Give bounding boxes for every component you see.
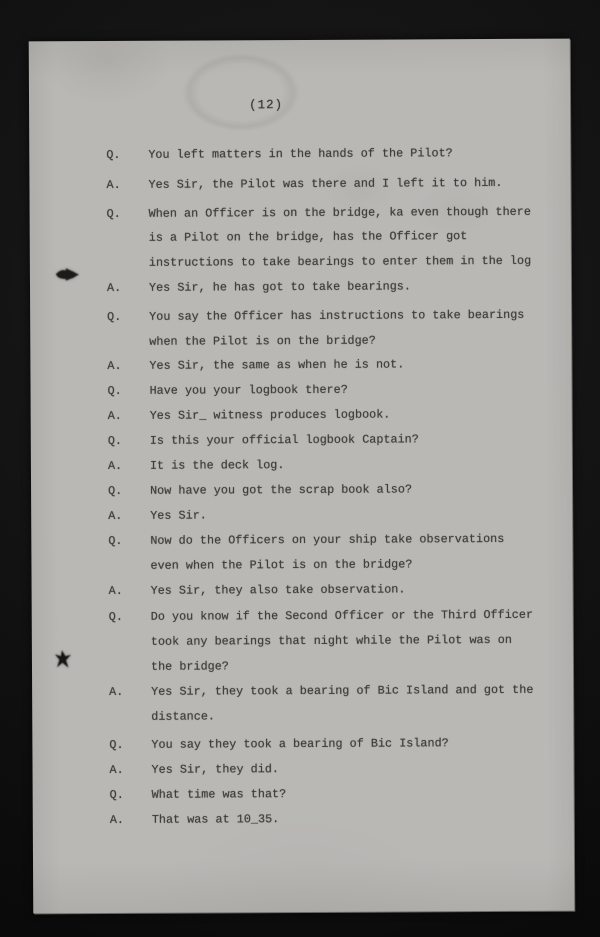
qa-entry-text: You say they took a bearing of Bic Islan… [151, 732, 448, 758]
speaker-label: Q. [108, 429, 150, 454]
qa-line: Now have you got the scrap book also? [150, 478, 412, 504]
qa-entry: A.Yes Sir, they also take observation. [109, 576, 549, 603]
qa-line: even when the Pilot is on the bridge? [150, 552, 504, 579]
speaker-label: Q. [109, 605, 151, 630]
qa-entry: A.Yes Sir, the same as when he is not. [107, 352, 547, 379]
speaker-label: Q. [106, 143, 148, 168]
qa-entry: Q.Do you know if the Second Officer or t… [109, 603, 549, 680]
qa-entry: Q.You say the Officer has instructions t… [107, 302, 547, 354]
qa-entry: Q.Is this your official logbook Captain? [108, 426, 548, 453]
qa-entry: A.Yes Sir. [108, 502, 548, 529]
scanned-page-frame: (12) Q.You left matters in the hands of … [0, 0, 600, 937]
qa-entry-text: You say the Officer has instructions to … [149, 303, 524, 355]
speaker-label: Q. [107, 379, 149, 404]
speaker-label: A. [109, 680, 151, 705]
qa-line: Yes Sir, they did. [151, 757, 279, 782]
qa-entry-text: Do you know if the Second Officer or the… [151, 603, 534, 679]
speaker-label: A. [109, 578, 151, 603]
qa-line: Yes Sir_ witness produces logbook. [150, 403, 391, 429]
speaker-label: A. [110, 808, 152, 833]
qa-entry: Q.Now have you got the scrap book also? [108, 477, 548, 504]
speaker-label: Q. [110, 783, 152, 808]
qa-entry-text: Yes Sir_ witness produces logbook. [150, 403, 391, 429]
ink-arrow-mark [54, 265, 81, 289]
speaker-label: A. [108, 504, 150, 529]
speaker-label: A. [108, 404, 150, 429]
qa-entry: Q.When an Officer is on the bridge, ka e… [107, 199, 547, 276]
qa-line: Yes Sir, the same as when he is not. [149, 353, 404, 379]
qa-entry-text: Yes Sir, they also take observation. [151, 577, 406, 603]
qa-line: Yes Sir, they also take observation. [151, 577, 406, 603]
qa-entry-text: Have you your logbook there? [149, 378, 347, 404]
page-number: (12) [249, 98, 283, 112]
speaker-label: Q. [107, 305, 149, 330]
qa-entry-text: Yes Sir. [150, 504, 207, 529]
qa-line: Do you know if the Second Officer or the… [151, 603, 533, 630]
qa-line: when the Pilot is on the bridge? [149, 327, 524, 354]
qa-entry-text: You left matters in the hands of the Pil… [148, 141, 453, 167]
qa-entry: Q.What time was that? [110, 781, 550, 808]
speaker-label: A. [107, 276, 149, 301]
qa-entry: A.It is the deck log. [108, 451, 548, 478]
qa-line: distance. [151, 702, 533, 729]
qa-entry-text: Yes Sir, the Pilot was there and I left … [148, 171, 502, 198]
qa-entry: A.That was at 10_35. [110, 805, 550, 832]
speaker-label: A. [106, 173, 148, 198]
qa-line: instructions to take bearings to enter t… [149, 249, 531, 276]
qa-entry-text: It is the deck log. [150, 453, 285, 479]
qa-entry: A.Yes Sir, he has got to take bearings. [107, 274, 547, 301]
qa-line: What time was that? [152, 782, 287, 808]
paper-sheet: (12) Q.You left matters in the hands of … [29, 39, 575, 914]
qa-entry: Q.You say they took a bearing of Bic Isl… [109, 731, 549, 758]
qa-line: is a Pilot on the bridge, has the Office… [149, 224, 531, 251]
qa-entry-text: When an Officer is on the bridge, ka eve… [149, 199, 532, 275]
qa-line: Is this your official logbook Captain? [150, 427, 419, 453]
qa-line: Have you your logbook there? [149, 378, 347, 404]
qa-entry: A.Yes Sir_ witness produces logbook. [108, 402, 548, 429]
qa-line: It is the deck log. [150, 453, 285, 479]
qa-line: Now do the Officers on your ship take ob… [150, 527, 504, 554]
transcript: Q.You left matters in the hands of the P… [106, 141, 550, 833]
qa-line: That was at 10_35. [152, 807, 280, 832]
speaker-label: Q. [108, 479, 150, 504]
speaker-label: Q. [108, 529, 150, 554]
qa-entry-text: That was at 10_35. [152, 807, 280, 832]
speaker-label: Q. [107, 201, 149, 226]
qa-entry-text: Yes Sir, he has got to take bearings. [149, 274, 411, 300]
speaker-label: A. [108, 453, 150, 478]
qa-entry: A.Yes Sir, they did. [109, 756, 549, 783]
qa-entry: A.Yes Sir, they took a bearing of Bic Is… [109, 677, 549, 729]
qa-entry: Q.Now do the Officers on your ship take … [108, 527, 548, 579]
qa-entry-text: Now do the Officers on your ship take ob… [150, 527, 504, 578]
speaker-label: A. [107, 354, 149, 379]
qa-line: took any bearings that night while the P… [151, 628, 533, 655]
qa-line: When an Officer is on the bridge, ka eve… [149, 199, 531, 226]
qa-line: You left matters in the hands of the Pil… [148, 141, 453, 167]
qa-entry-text: Yes Sir, the same as when he is not. [149, 353, 404, 379]
speaker-label: A. [109, 758, 151, 783]
qa-entry-text: Yes Sir, they took a bearing of Bic Isla… [151, 678, 534, 730]
qa-entry-text: Is this your official logbook Captain? [150, 427, 419, 453]
qa-line: Yes Sir, he has got to take bearings. [149, 274, 411, 300]
qa-entry-text: Now have you got the scrap book also? [150, 478, 412, 504]
qa-entry: Q.Have you your logbook there? [107, 377, 547, 404]
qa-line: You say they took a bearing of Bic Islan… [151, 732, 448, 758]
ink-cross-blot [55, 650, 72, 674]
speaker-label: Q. [109, 733, 151, 758]
qa-entry-text: Yes Sir, they did. [151, 757, 279, 782]
qa-line: Yes Sir, they took a bearing of Bic Isla… [151, 678, 533, 705]
qa-entry-text: What time was that? [152, 782, 287, 808]
qa-line: You say the Officer has instructions to … [149, 303, 524, 330]
qa-entry: Q.You left matters in the hands of the P… [106, 141, 546, 168]
qa-line: Yes Sir, the Pilot was there and I left … [148, 171, 502, 198]
qa-line: the bridge? [151, 653, 533, 680]
qa-entry: A.Yes Sir, the Pilot was there and I lef… [106, 171, 546, 198]
qa-line: Yes Sir. [150, 504, 207, 529]
